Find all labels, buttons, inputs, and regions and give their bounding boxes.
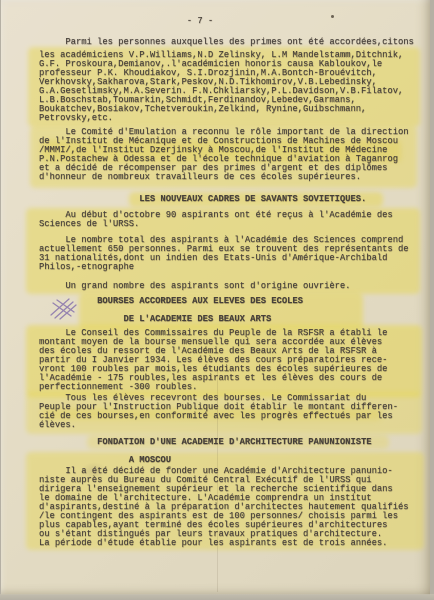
scanned-document: - 7 - Parmi les personnes auxquelles des…	[0, 0, 434, 600]
heading-bourses: BOURSES ACCORDEES AUX ELEVES DES ECOLES	[39, 297, 422, 306]
pencil-scribble-mark	[47, 295, 81, 323]
scan-edge-shadow	[0, 594, 434, 600]
paragraph-tous-les-eleves: Tous les élèves recevront des bourses. L…	[39, 394, 422, 430]
paragraph-intro: Parmi les personnes auxquelles des prime…	[39, 38, 422, 47]
paragraph-conseil-commissaires: Le Conseil des Commissaires du Peuple de…	[39, 329, 422, 392]
paragraph-nombre-total: Le nombre total des aspirants à l'Académ…	[39, 236, 422, 272]
ink-spot	[331, 15, 334, 18]
typewritten-text: - 7 - Parmi les personnes auxquelles des…	[1, 0, 430, 548]
paragraph-academicians: les académiciens V.P.Williams,N.D Zelins…	[39, 51, 422, 123]
page-number: - 7 -	[39, 17, 422, 26]
paper-page: - 7 - Parmi les personnes auxquelles des…	[1, 0, 430, 595]
fold-crease	[217, 370, 218, 592]
paragraph-aspirants-octobre: Au début d'octobre 90 aspirants ont été …	[39, 211, 422, 229]
heading-fondation-academie: FONDATION D'UNE ACADEMIE D'ARCHITECTURE …	[39, 438, 422, 447]
paragraph-origine-ouvriere: Un grand nombre des aspirants sont d'ori…	[39, 282, 422, 291]
heading-academie-beaux-arts: DE L'ACADEMIE DES BEAUX ARTS	[39, 315, 422, 324]
smudge-stain	[81, 462, 107, 480]
heading-nouveaux-cadres: LES NOUVEAUX CADRES DE SAVANTS SOVIETIQU…	[39, 195, 422, 204]
paragraph-comite-emulation: Le Comité d'Emulation a reconnu le rôle …	[39, 128, 422, 182]
